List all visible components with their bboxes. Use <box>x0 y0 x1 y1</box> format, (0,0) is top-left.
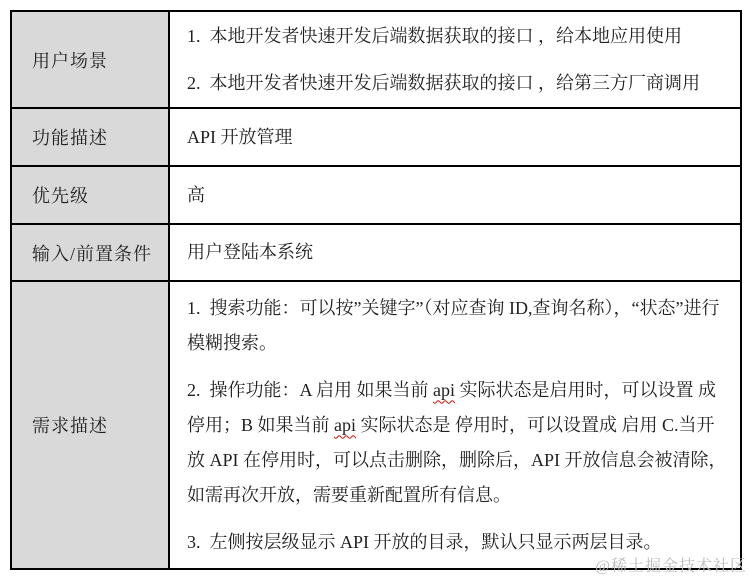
row-label: 输入/前置条件 <box>32 240 152 266</box>
row-content-cell: 1. 搜索功能：可以按”关键字”（对应查询 ID,查询名称），“状态”进行模糊搜… <box>170 282 742 570</box>
row-label-cell: 输入/前置条件 <box>12 225 170 282</box>
row-label-cell: 用户场景 <box>12 12 170 109</box>
paragraph: 2. 操作功能：A 启用 如果当前 api 实际状态是启用时，可以设置 成停用；… <box>187 373 728 513</box>
paragraph: 用户登陆本系统 <box>187 235 728 270</box>
table-row-precondition: 输入/前置条件 用户登陆本系统 <box>12 225 742 282</box>
row-label-cell: 功能描述 <box>12 109 170 167</box>
paragraph: API 开放管理 <box>187 120 728 155</box>
table-row-user-scenario: 用户场景 1. 本地开发者快速开发后端数据获取的接口 ，给本地应用使用2. 本地… <box>12 12 742 109</box>
row-label: 功能描述 <box>32 124 108 150</box>
row-content-cell: 1. 本地开发者快速开发后端数据获取的接口 ，给本地应用使用2. 本地开发者快速… <box>170 12 742 109</box>
watermark: @稀土掘金技术社区 <box>595 553 747 576</box>
requirements-table: 用户场景 1. 本地开发者快速开发后端数据获取的接口 ，给本地应用使用2. 本地… <box>10 10 742 570</box>
row-label: 需求描述 <box>32 412 108 438</box>
paragraph: 高 <box>187 178 728 213</box>
row-content-cell: 用户登陆本系统 <box>170 225 742 282</box>
table-row-priority: 优先级 高 <box>12 167 742 225</box>
row-content-cell: 高 <box>170 167 742 225</box>
table-row-requirement-description: 需求描述 1. 搜索功能：可以按”关键字”（对应查询 ID,查询名称），“状态”… <box>12 282 742 570</box>
table-row-function-description: 功能描述 API 开放管理 <box>12 109 742 167</box>
paragraph: 1. 搜索功能：可以按”关键字”（对应查询 ID,查询名称），“状态”进行模糊搜… <box>187 291 728 361</box>
paragraph: 2. 本地开发者快速开发后端数据获取的接口 ，给第三方厂商调用 <box>187 66 728 101</box>
row-content-cell: API 开放管理 <box>170 109 742 167</box>
document-page: 用户场景 1. 本地开发者快速开发后端数据获取的接口 ，给本地应用使用2. 本地… <box>0 0 750 580</box>
paragraph: 1. 本地开发者快速开发后端数据获取的接口 ，给本地应用使用 <box>187 19 728 54</box>
row-label-cell: 优先级 <box>12 167 170 225</box>
row-label: 用户场景 <box>32 47 108 73</box>
row-label: 优先级 <box>32 182 89 208</box>
row-label-cell: 需求描述 <box>12 282 170 570</box>
